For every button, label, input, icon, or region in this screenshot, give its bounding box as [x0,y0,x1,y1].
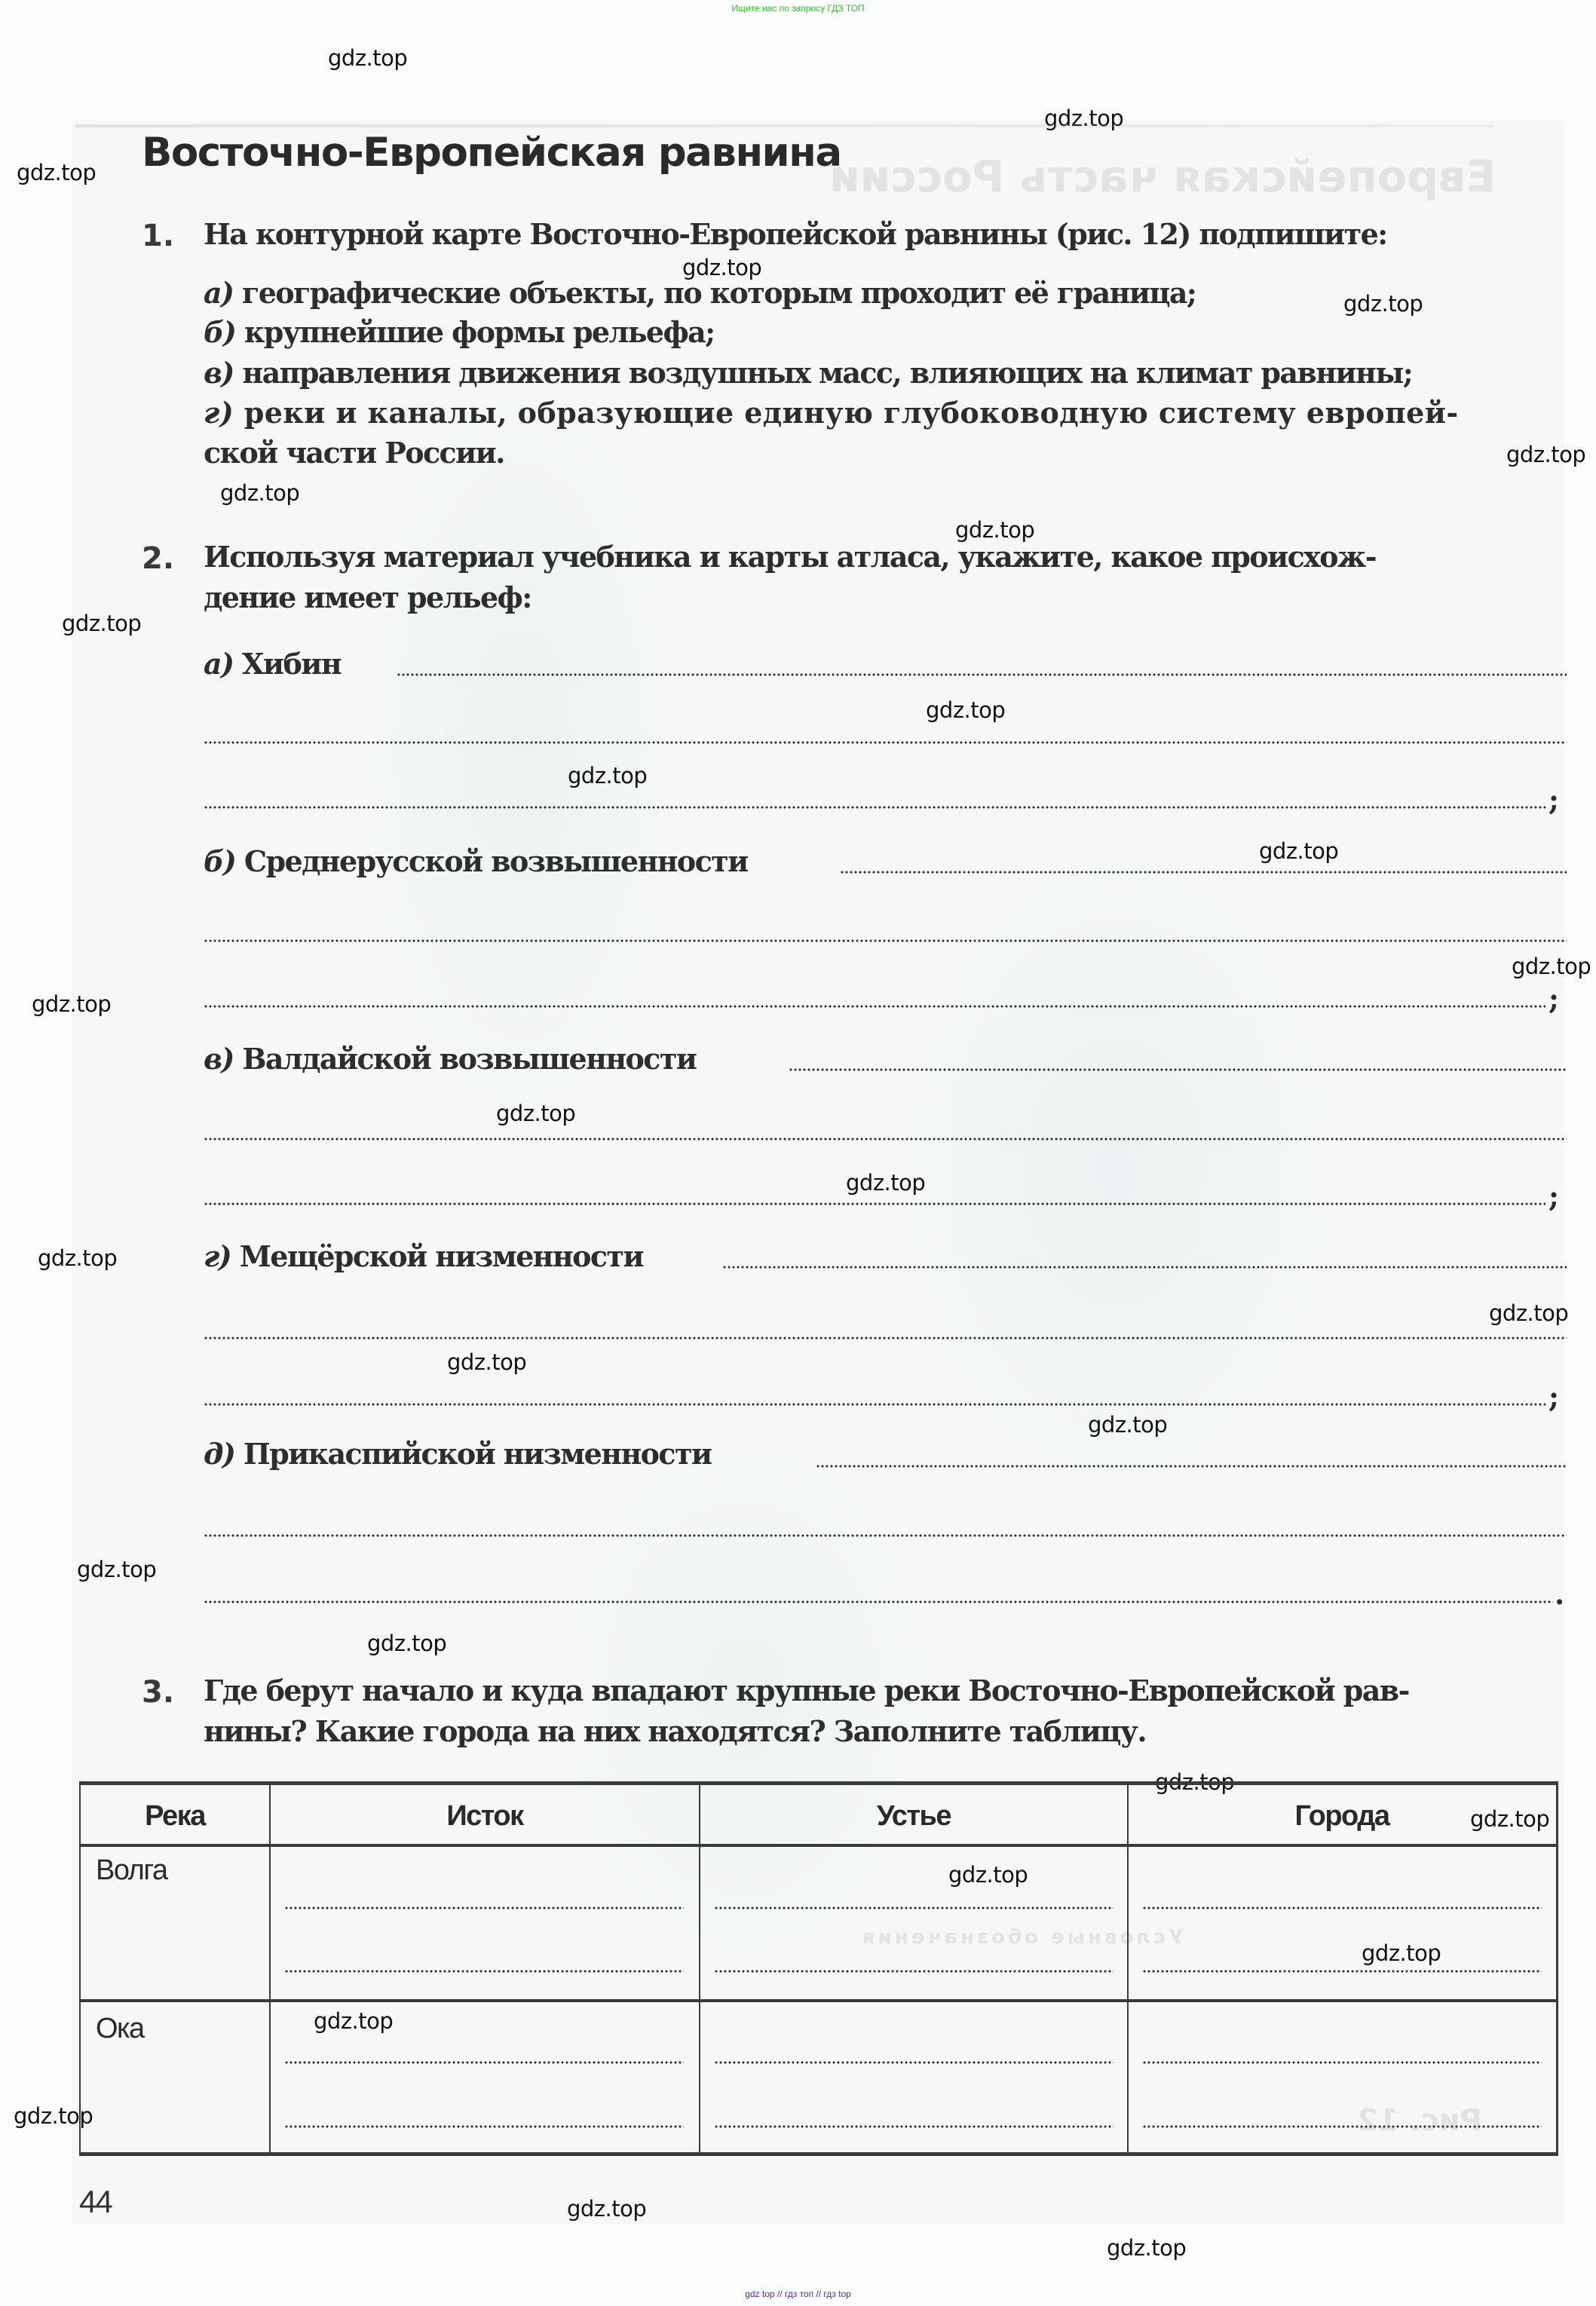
watermark: gdz.top [367,1631,446,1656]
oka-cities-line[interactable] [1142,2124,1542,2129]
bleed-through-header: Европейская часть России [829,151,1496,202]
item-marker: д) [204,1437,234,1471]
answer-line[interactable] [789,1067,1567,1072]
oka-mouth-line[interactable] [714,2060,1114,2065]
watermark: gdz.top [220,480,299,506]
oka-source-line[interactable] [284,2124,684,2129]
task-number: 1. [142,219,174,253]
answer-line[interactable] [204,1336,1567,1340]
end-punctuation: ; [1549,982,1559,1015]
task-3: 3. Где берут начало и куда впадают крупн… [142,1675,1567,1765]
answer-line[interactable] [204,939,1567,943]
river-name-oka: Ока [96,2013,144,2045]
oka-mouth-line[interactable] [714,2124,1114,2129]
volga-source-line[interactable] [284,1969,684,1974]
item-marker: в) [204,1042,234,1076]
item-marker: б) [204,844,235,878]
page-title: Восточно-Европейская равнина [142,130,841,176]
river-name-volga: Волга [96,1854,167,1887]
relief-item-meshchera: г) Мещёрской низменности [204,1239,643,1273]
task-item-continuation: ской части России. [204,436,504,470]
row-divider [81,1844,1556,1847]
answer-line[interactable] [204,1202,1545,1206]
footer-banner[interactable]: gdz top // гдз топ // гдз top [0,2289,1596,2299]
answer-line[interactable] [204,740,1567,745]
answer-line[interactable] [204,1004,1545,1009]
item-label: Валдайской возвышенности [242,1042,696,1076]
task-item: г) реки и каналы, образующие единую глуб… [204,396,1459,430]
item-marker: а) [204,647,233,681]
relief-item-caspian: д) Прикаспийской низменности [204,1437,711,1471]
watermark: gdz.top [32,991,111,1017]
end-punctuation: ; [1549,782,1559,816]
item-label: Мещёрской низменности [240,1239,643,1273]
end-punctuation: ; [1549,1179,1559,1213]
relief-item-central-russian: б) Среднерусской возвышенности [204,844,748,878]
oka-source-line[interactable] [284,2060,684,2065]
item-marker: а) [204,276,233,310]
item-label: Хибин [242,647,341,681]
oka-cities-line[interactable] [1142,2060,1542,2065]
task-2: 2. Используя материал учебника и карты а… [142,541,1567,1612]
header-cities: Города [1129,1800,1555,1833]
item-text: крупнейшие формы рельефа; [244,315,715,349]
header-source: Исток [271,1800,699,1833]
task-text: дение имеет рельеф: [204,580,531,614]
volga-source-line[interactable] [284,1906,684,1910]
task-number: 3. [142,1675,174,1710]
volga-cities-line[interactable] [1142,1969,1542,1974]
relief-item-khibiny: а) Хибин [204,647,341,681]
task-item: а) географические объекты, по которым пр… [204,276,1196,310]
rivers-table: Река Исток Устье Города Волга Ока [79,1781,1558,2156]
answer-line[interactable] [204,1600,1553,1604]
answer-line[interactable] [840,870,1567,874]
item-label: Прикаспийской низменности [244,1437,712,1471]
volga-mouth-line[interactable] [714,1969,1114,1974]
answer-line[interactable] [204,1402,1545,1407]
watermark: gdz.top [328,45,407,71]
task-text: нины? Какие города на них находятся? Зап… [204,1714,1146,1748]
column-divider [699,1785,700,2152]
task-number: 2. [142,541,174,576]
answer-line[interactable] [722,1265,1567,1269]
item-marker: в) [204,356,234,390]
task-item: в) направления движения воздушных масс, … [204,356,1412,390]
task-1: 1. На контурной карте Восточно-Европейск… [142,219,1567,482]
item-text: географические объекты, по которым прохо… [242,276,1196,310]
item-marker: г) [204,1239,231,1273]
task-text: Где берут начало и куда впадают крупные … [204,1674,1409,1707]
watermark: gdz.top [62,611,141,636]
relief-item-valdai: в) Валдайской возвышенности [204,1042,696,1076]
item-marker: б) [204,315,235,349]
item-text: реки и каналы, образующие единую глубоко… [244,396,1459,430]
header-river: Река [81,1800,269,1833]
header-mouth: Устье [700,1800,1127,1833]
row-divider [81,1999,1556,2002]
volga-mouth-line[interactable] [714,1906,1114,1910]
watermark: gdz.top [567,2196,646,2222]
page-number: 44 [79,2184,112,2220]
watermark: gdz.top [38,1245,117,1271]
column-divider [269,1785,271,2152]
answer-line[interactable] [204,805,1545,810]
answer-line[interactable] [204,1137,1567,1141]
item-label: Среднерусской возвышенности [244,844,748,878]
task-text: Используя материал учебника и карты атла… [204,540,1376,574]
volga-cities-line[interactable] [1142,1906,1542,1910]
answer-line[interactable] [204,1533,1567,1538]
item-text: направления движения воздушных масс, вли… [242,356,1412,390]
answer-line[interactable] [397,672,1567,677]
watermark: gdz.top [955,517,1034,543]
task-text: На контурной карте Восточно-Европейской … [204,217,1387,251]
item-marker: г) [204,396,234,430]
end-punctuation: . [1555,1577,1564,1611]
task-item: б) крупнейшие формы рельефа; [204,315,715,349]
end-punctuation: ; [1549,1380,1559,1413]
column-divider [1127,1785,1129,2152]
answer-line[interactable] [816,1464,1567,1468]
top-banner[interactable]: Ищите нас по запросу ГДЗ ТОП [0,3,1596,14]
watermark: gdz.top [17,160,96,185]
title-rule [75,124,1493,127]
watermark: gdz.top [1107,2235,1186,2261]
